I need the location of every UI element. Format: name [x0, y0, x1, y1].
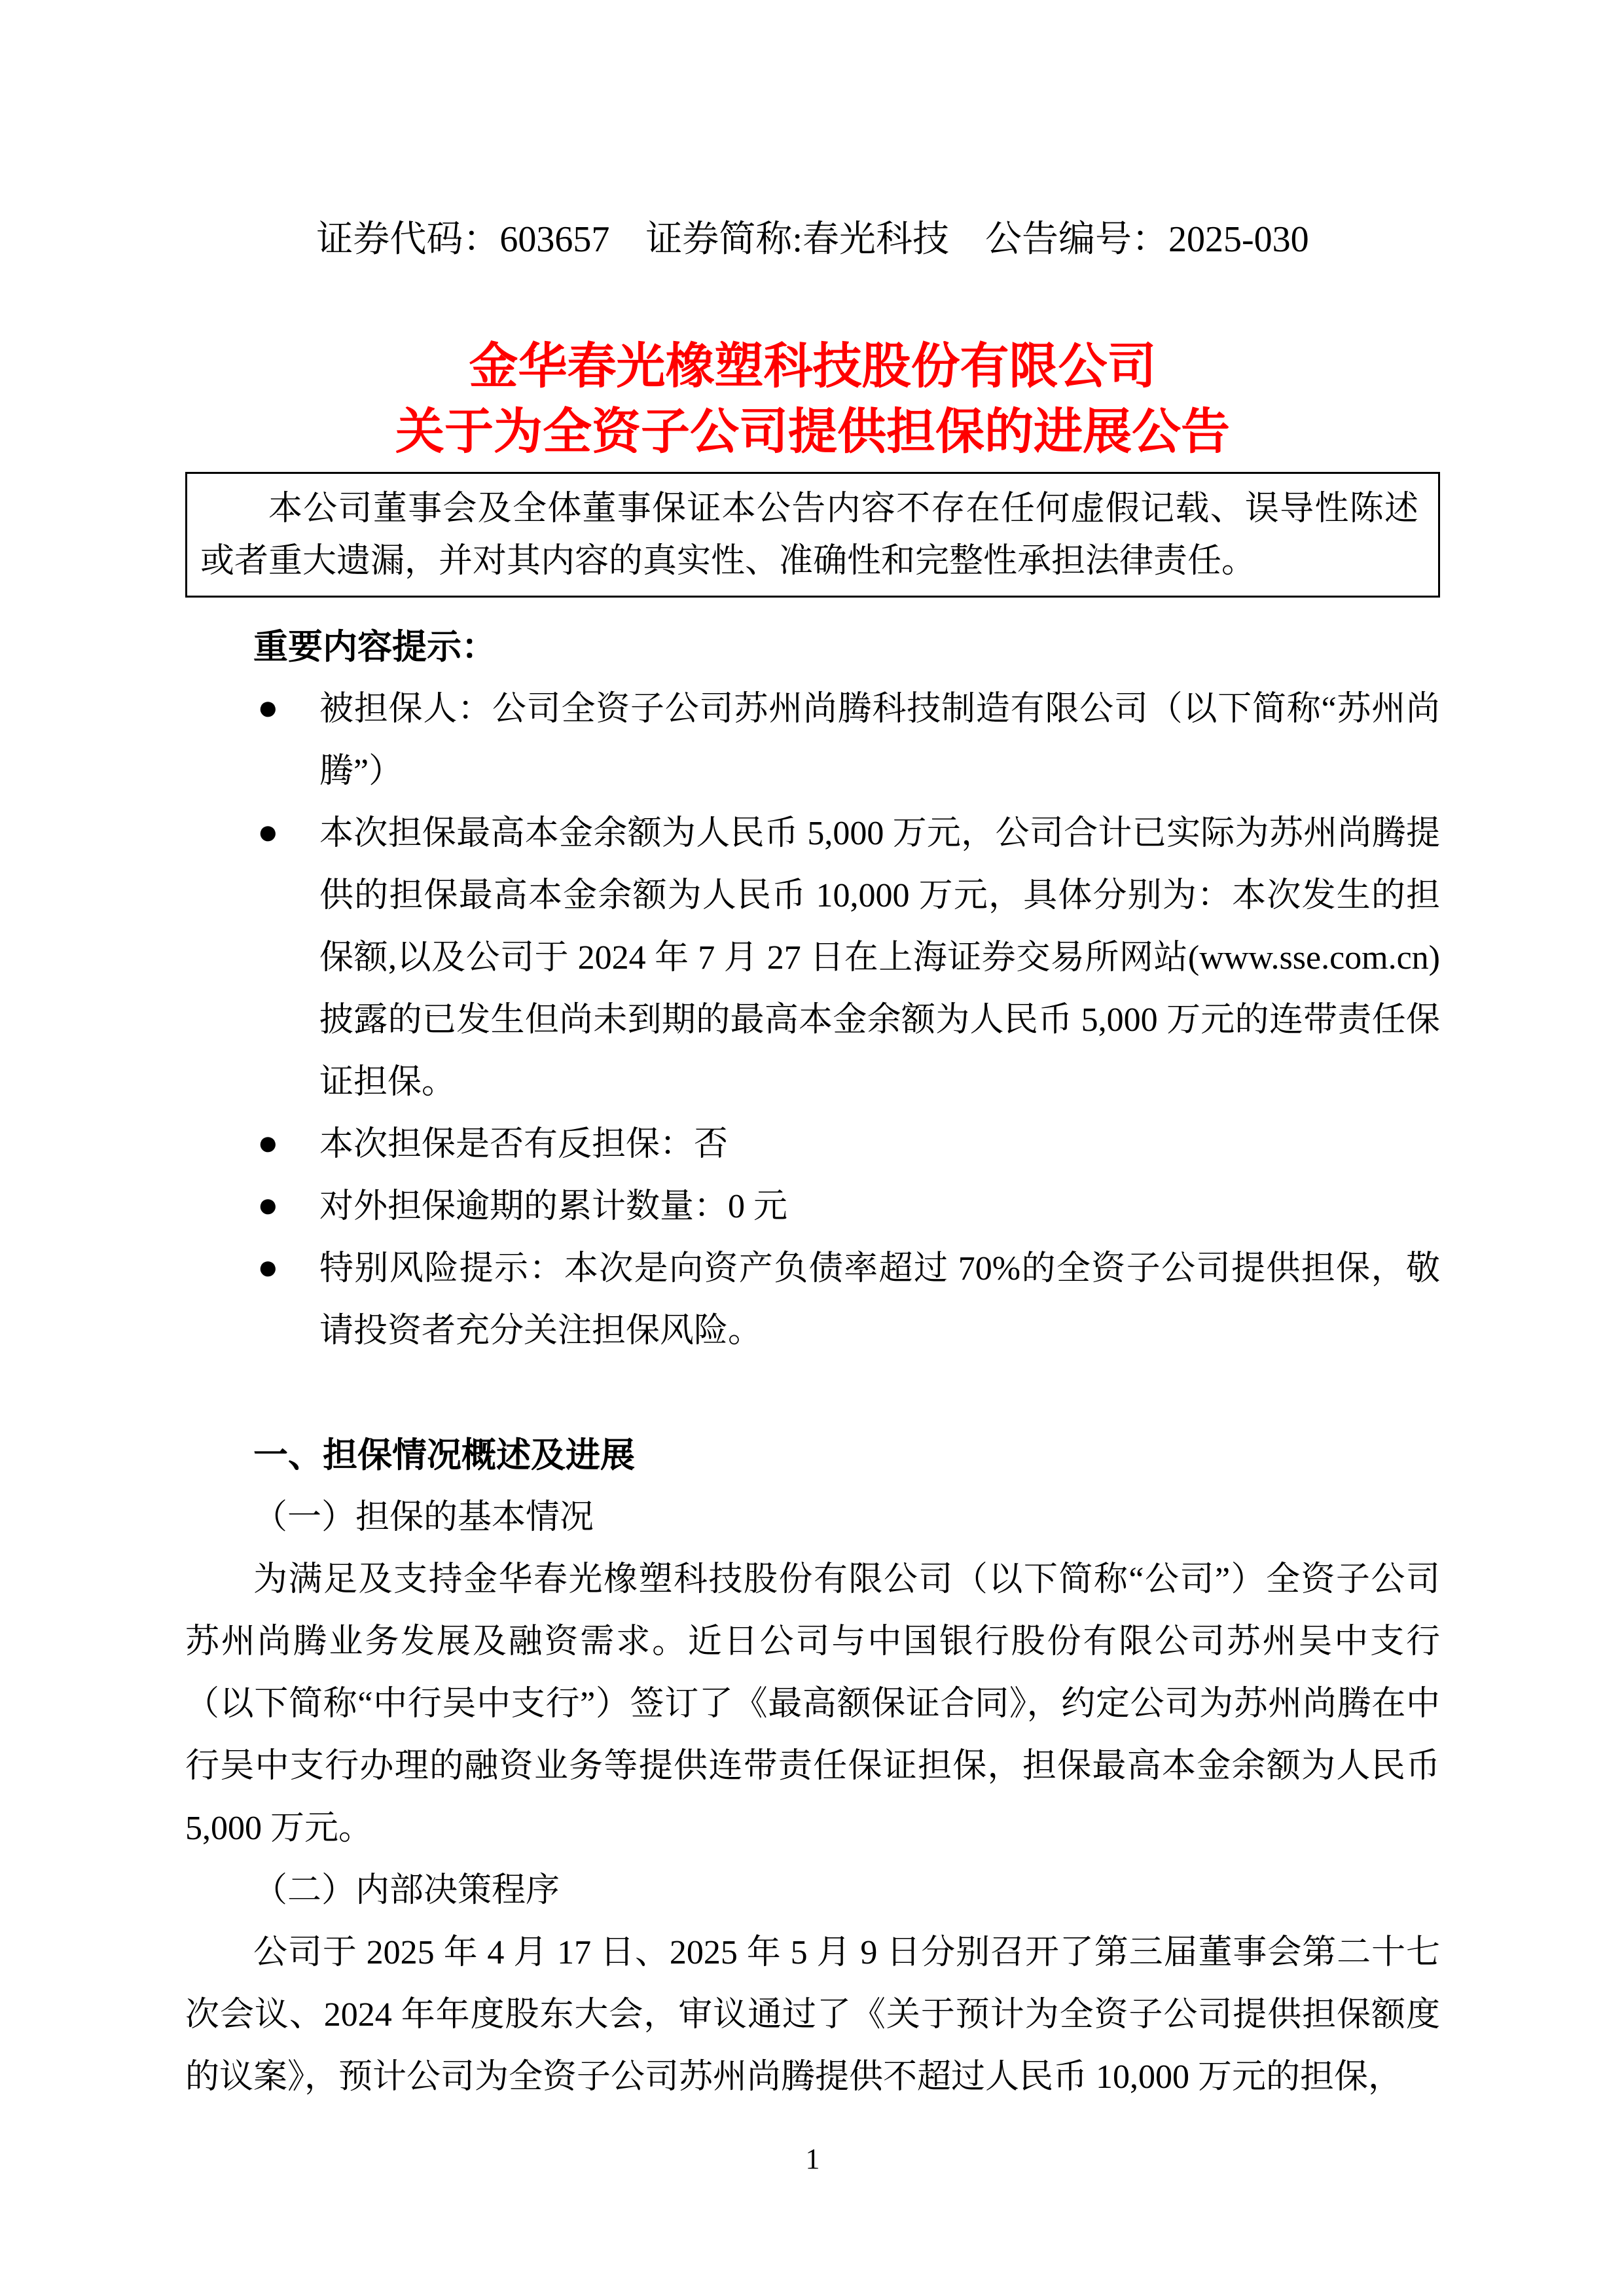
disclaimer-text: 本公司董事会及全体董事保证本公告内容不存在任何虚假记载、误导性陈述或者重大遗漏，…	[200, 483, 1418, 588]
bullet-icon: ●	[257, 1174, 279, 1236]
bullet-icon: ●	[257, 1236, 279, 1299]
bullet-item-overdue-guarantee: ● 对外担保逾期的累计数量：0 元	[185, 1175, 1440, 1238]
securities-code: 证券代码：603657	[316, 219, 609, 260]
disclaimer-box: 本公司董事会及全体董事保证本公告内容不存在任何虚假记载、误导性陈述或者重大遗漏，…	[185, 472, 1440, 598]
bullet-item-counter-guarantee: ● 本次担保是否有反担保：否	[185, 1113, 1440, 1175]
bullet-item-risk-warning: ● 特别风险提示：本次是向资产负债率超过 70%的全资子公司提供担保，敬请投资者…	[185, 1238, 1440, 1362]
securities-header: 证券代码：603657 证券简称:春光科技 公告编号：2025-030	[185, 219, 1440, 260]
announcement-title-line1: 金华春光橡塑科技股份有限公司	[185, 333, 1440, 399]
bullet-item-guaranteed-party: ● 被担保人：公司全资子公司苏州尚腾科技制造有限公司（以下简称“苏州尚腾”）	[185, 678, 1440, 802]
paragraph-guarantee-basic-info: 为满足及支持金华春光橡塑科技股份有限公司（以下简称“公司”）全资子公司苏州尚腾业…	[185, 1549, 1440, 1859]
announcement-title: 金华春光橡塑科技股份有限公司 关于为全资子公司提供担保的进展公告	[185, 333, 1440, 464]
announcement-title-line2: 关于为全资子公司提供担保的进展公告	[185, 399, 1440, 464]
subsection2-heading: （二）内部决策程序	[185, 1859, 1440, 1922]
paragraph-internal-decision: 公司于 2025 年 4 月 17 日、2025 年 5 月 9 日分别召开了第…	[185, 1922, 1440, 2108]
bullet-text: 对外担保逾期的累计数量：0 元	[319, 1188, 787, 1225]
securities-abbr: 证券简称:春光科技	[645, 219, 949, 260]
important-notice-heading: 重要内容提示：	[185, 616, 1440, 678]
bullet-text: 本次担保最高本金余额为人民币 5,000 万元，公司合计已实际为苏州尚腾提供的担…	[319, 815, 1440, 1101]
bullet-text: 本次担保是否有反担保：否	[319, 1126, 728, 1163]
bullet-text: 被担保人：公司全资子公司苏州尚腾科技制造有限公司（以下简称“苏州尚腾”）	[319, 691, 1440, 790]
bullet-text: 特别风险提示：本次是向资产负债率超过 70%的全资子公司提供担保，敬请投资者充分…	[319, 1250, 1440, 1350]
section1-heading: 一、担保情况概述及进展	[185, 1424, 1440, 1486]
bullet-icon: ●	[257, 1112, 279, 1174]
bullet-icon: ●	[257, 801, 279, 863]
page-number: 1	[185, 2140, 1440, 2179]
bullet-item-guarantee-amount: ● 本次担保最高本金余额为人民币 5,000 万元，公司合计已实际为苏州尚腾提供…	[185, 802, 1440, 1113]
document-page: 证券代码：603657 证券简称:春光科技 公告编号：2025-030 金华春光…	[0, 0, 1624, 2296]
announcement-number: 公告编号：2025-030	[985, 219, 1309, 260]
subsection1-heading: （一）担保的基本情况	[185, 1486, 1440, 1549]
bullet-icon: ●	[257, 677, 279, 739]
